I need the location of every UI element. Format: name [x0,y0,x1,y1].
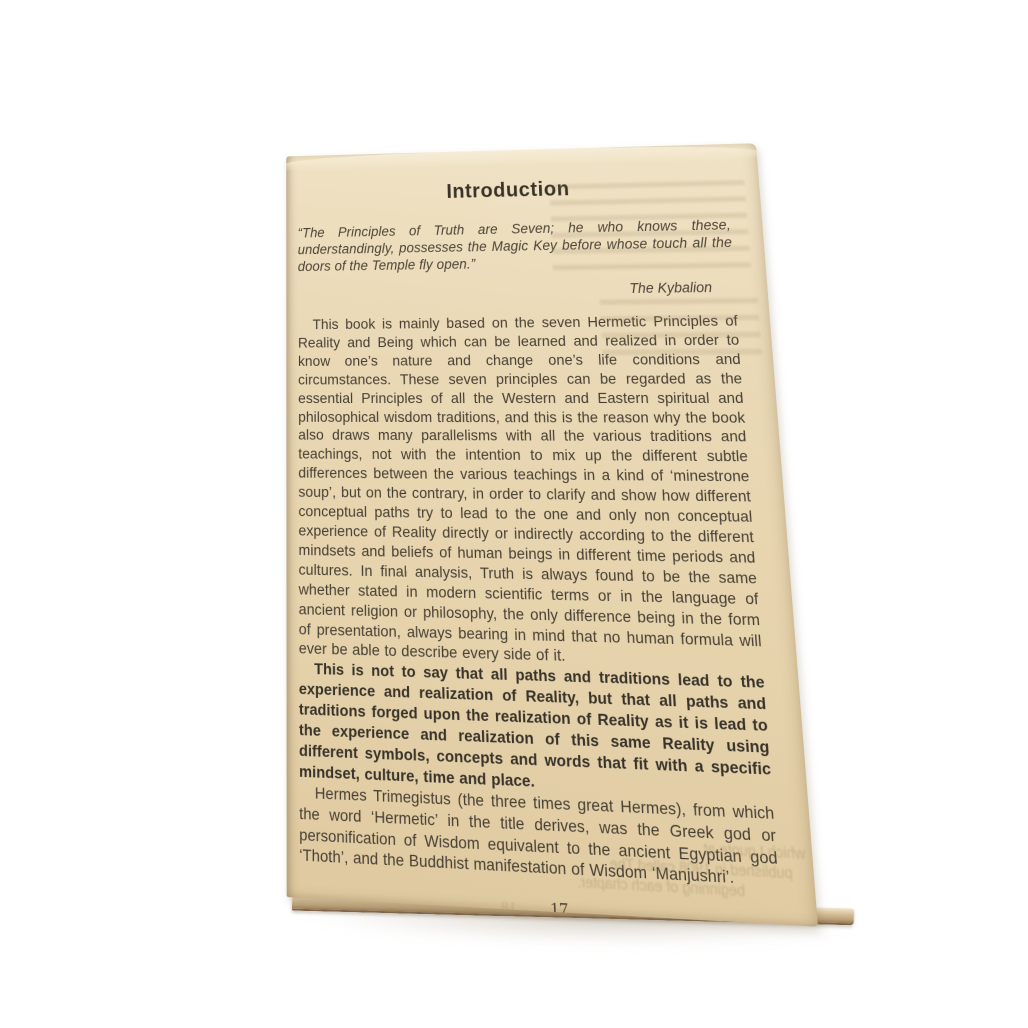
epigraph-attribution: The Kybalion [298,279,713,300]
book-page: published in 1908 called The beginning o… [286,143,818,926]
paragraph: This book is mainly based on the seven H… [298,312,764,673]
showthrough-blur-block [600,298,763,363]
paragraph: This is not to say that all paths and tr… [299,659,774,802]
page-body: This book is mainly based on the seven H… [298,312,780,892]
photo-background: published in 1908 called The beginning o… [0,0,1028,1028]
showthrough-blur-block [549,180,751,278]
